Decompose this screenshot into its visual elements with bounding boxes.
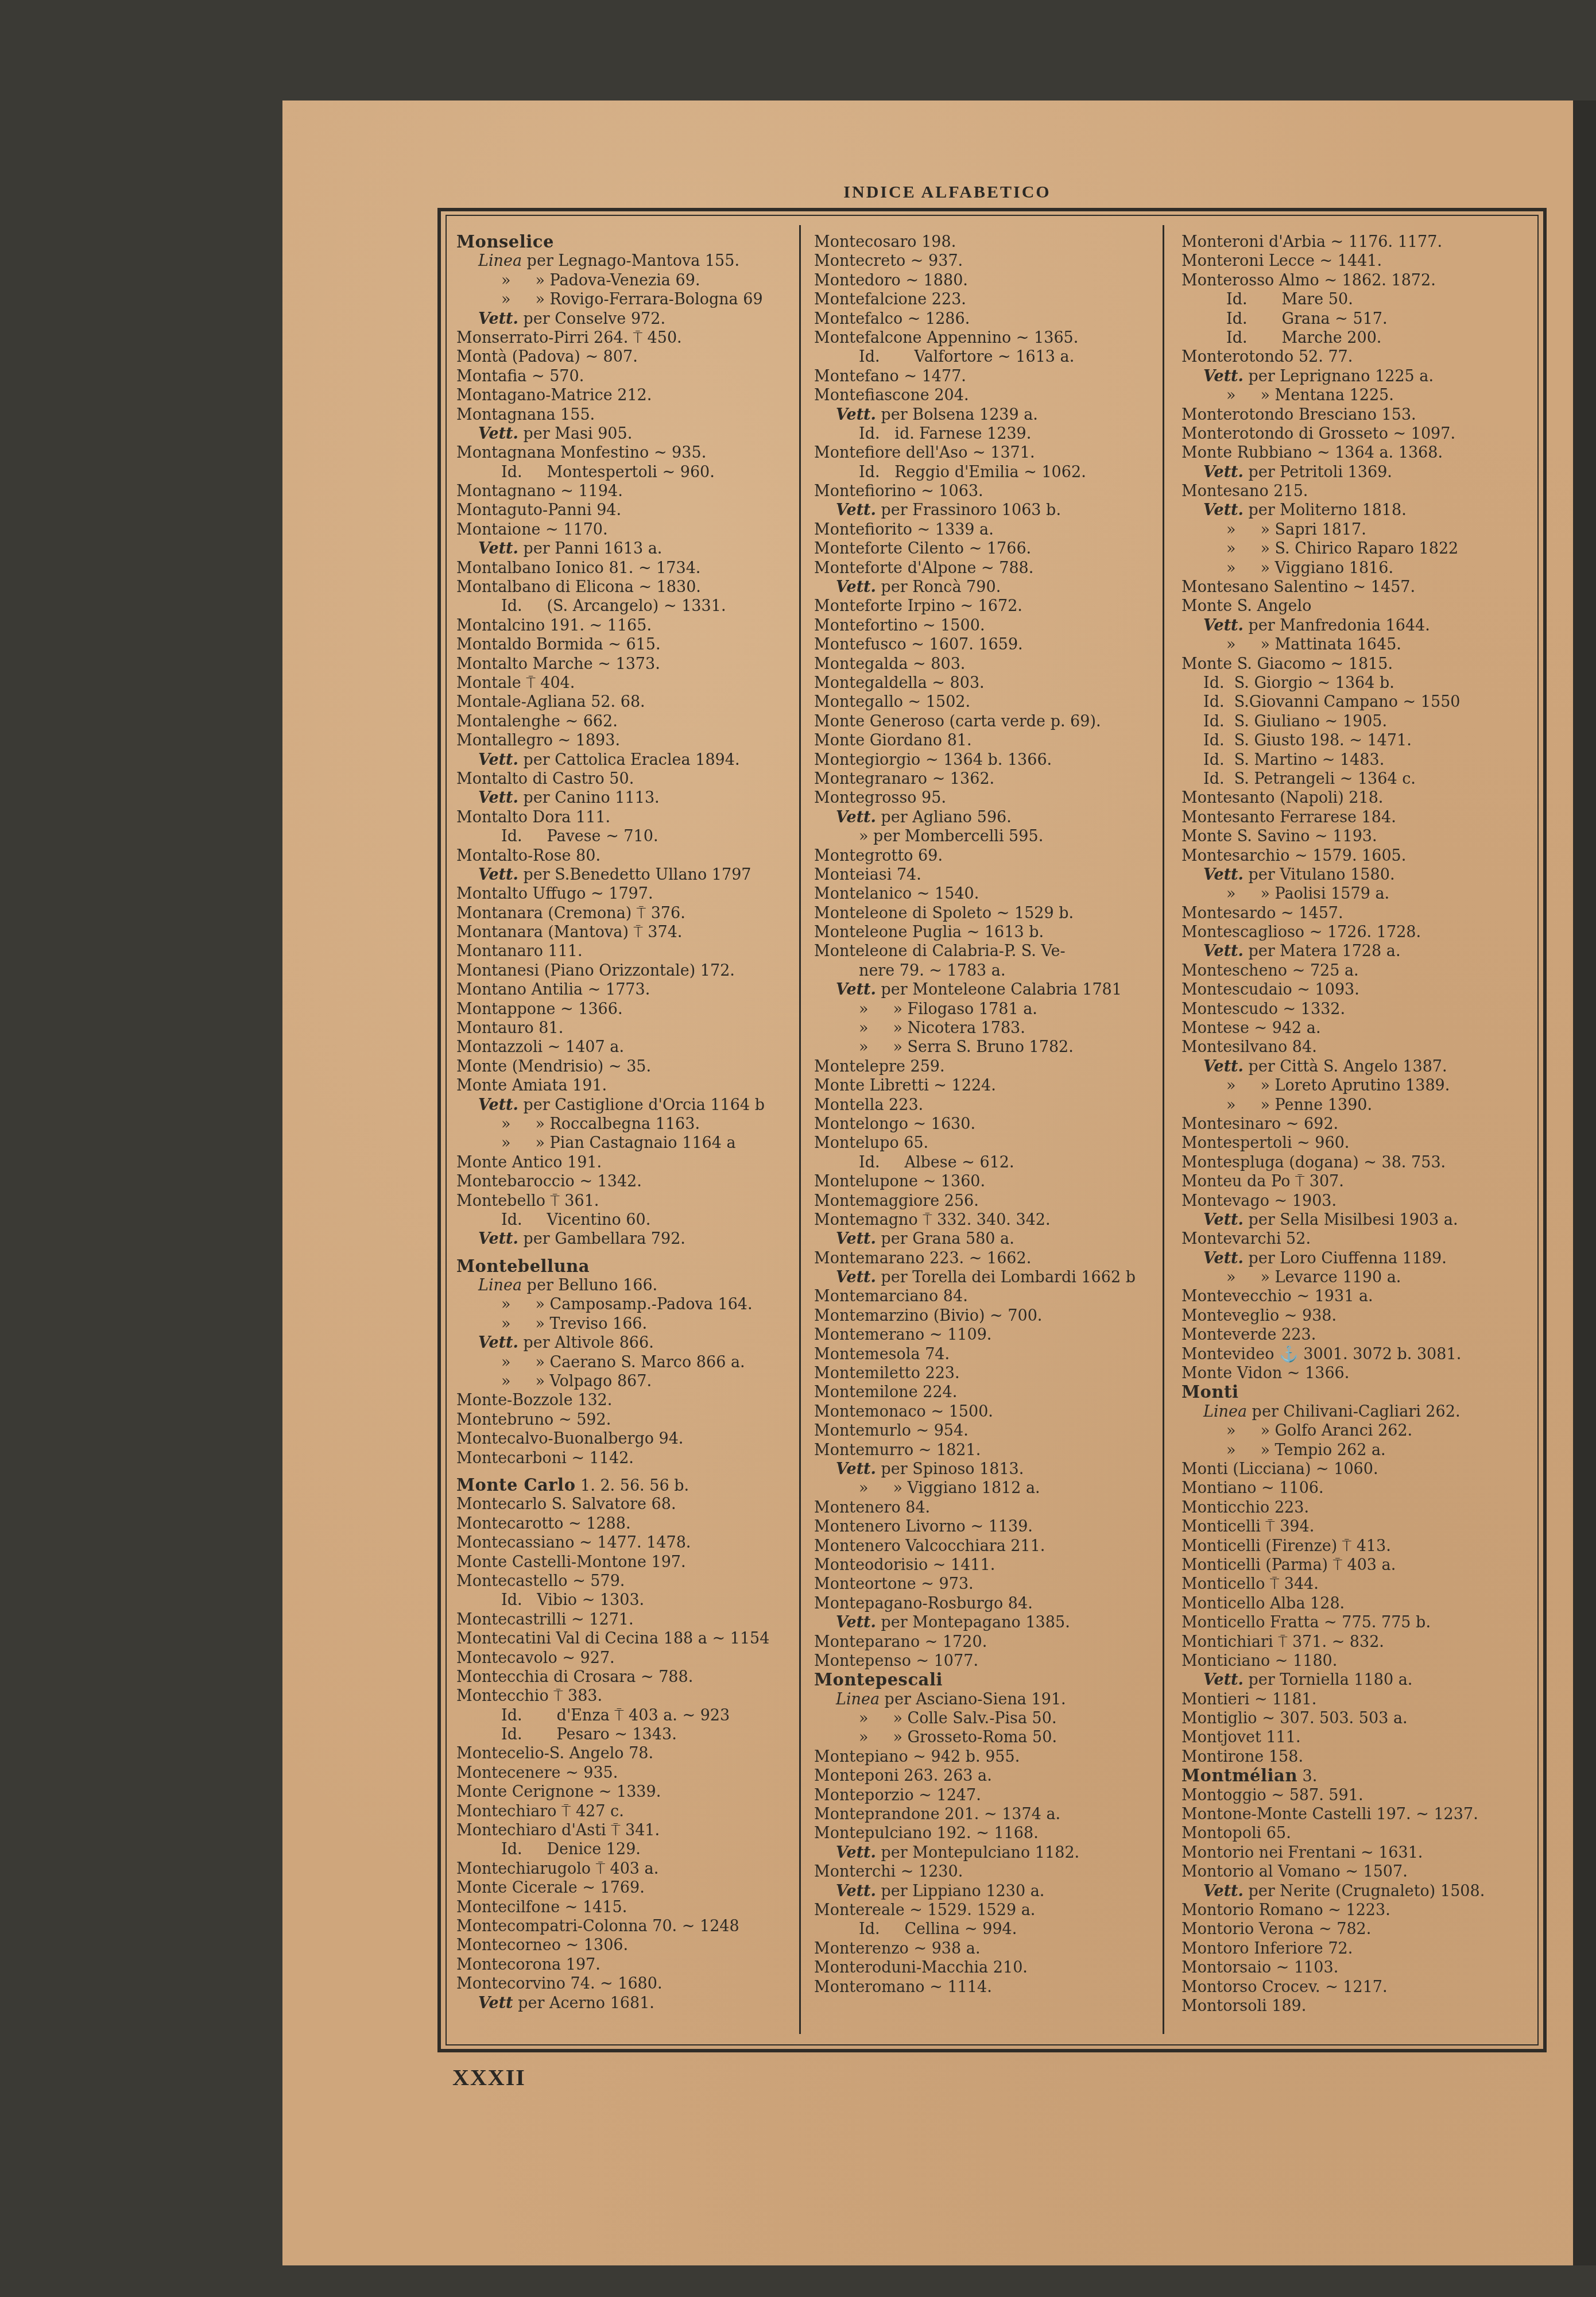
index-line-ditto: » » Nicotera 1783. — [814, 1019, 1159, 1038]
index-entry: Monte Vidon ~ 1366. — [1181, 1364, 1537, 1383]
index-line-linea: Linea per Chilivani-Cagliari 262. — [1181, 1402, 1537, 1421]
index-entry: Montecarlo S. Salvatore 68. — [456, 1495, 795, 1514]
index-line-vettura: Vett. per Lippiano 1230 a. — [814, 1882, 1159, 1901]
linea-text: per Legnago-Mantova 155. — [522, 252, 739, 270]
index-line-idem: Id. S. Giorgio ~ 1364 b. — [1181, 674, 1537, 693]
index-entry: Montorsaio ~ 1103. — [1181, 1958, 1537, 1977]
vettura-label: Vett. — [1203, 617, 1244, 635]
index-entry: Montalto Marche ~ 1373. — [456, 655, 795, 674]
index-entry: Montefiascone 204. — [814, 386, 1159, 405]
index-line-idem: Id. d'Enza ⍑ 403 a. ~ 923 — [456, 1706, 795, 1725]
index-entry: Montescheno ~ 725 a. — [1181, 961, 1537, 980]
vettura-label: Vett. — [836, 981, 876, 999]
vettura-text: per Leprignano 1225 a. — [1244, 368, 1434, 385]
index-entry: Montiano ~ 1106. — [1181, 1479, 1537, 1498]
index-line-linea: Linea per Belluno 166. — [456, 1276, 795, 1295]
index-line-vettura: Vett. per Grana 580 a. — [814, 1229, 1159, 1248]
vettura-text: per Montepagano 1385. — [876, 1614, 1070, 1631]
index-line-ditto: » » Viggiano 1812 a. — [814, 1479, 1159, 1498]
index-entry: Montemilone 224. — [814, 1383, 1159, 1402]
index-line-vettura: Vett. per S.Benedetto Ullano 1797 — [456, 865, 795, 884]
vettura-label: Vett. — [1203, 942, 1244, 960]
index-line-idem: Id. Vibio ~ 1303. — [456, 1591, 795, 1610]
index-entry: Montopoli 65. — [1181, 1824, 1537, 1843]
index-entry: Montemarciano 84. — [814, 1287, 1159, 1306]
index-entry: Montenero Valcocchiara 211. — [814, 1537, 1159, 1556]
index-entry: Montorio Verona ~ 782. — [1181, 1920, 1537, 1939]
index-entry: Montescudaio ~ 1093. — [1181, 980, 1537, 999]
index-entry: Montaldo Bormida ~ 615. — [456, 635, 795, 654]
vettura-label: Vett. — [1203, 463, 1244, 481]
index-line-vettura: Vett. per Montepulciano 1182. — [814, 1843, 1159, 1862]
index-entry: Monteortone ~ 973. — [814, 1575, 1159, 1594]
index-line-vettura: Vett. per Roncà 790. — [814, 578, 1159, 597]
index-entry: Montesanto Ferrarese 184. — [1181, 808, 1537, 827]
vettura-label: Vett. — [1203, 1250, 1244, 1267]
index-entry: Monticello Alba 128. — [1181, 1594, 1537, 1613]
linea-text: per Chilivani-Cagliari 262. — [1247, 1403, 1460, 1421]
index-entry: Montella 223. — [814, 1096, 1159, 1115]
vettura-label: Vett. — [1203, 1058, 1244, 1076]
index-entry: Monteroni d'Arbia ~ 1176. 1177. — [1181, 233, 1537, 252]
index-line-idem: Id. (S. Arcangelo) ~ 1331. — [456, 597, 795, 616]
index-entry: Montecorona 197. — [456, 1955, 795, 1974]
index-heading: Monti — [1181, 1383, 1537, 1402]
index-line-vettura: Vett. per Montepagano 1385. — [814, 1613, 1159, 1632]
vettura-label: Vett. — [1203, 501, 1244, 519]
index-column-2: Montecosaro 198.Montecreto ~ 937.Montedo… — [814, 233, 1159, 1997]
index-line-idem: Id. S.Giovanni Campano ~ 1550 — [1181, 693, 1537, 711]
index-entry: Monteu da Po ⍑ 307. — [1181, 1172, 1537, 1191]
index-entry: Montagnana Monfestino ~ 935. — [456, 443, 795, 462]
index-entry: Monteroduni-Macchia 210. — [814, 1958, 1159, 1977]
index-entry: Montecchia di Crosara ~ 788. — [456, 1668, 795, 1687]
index-line-ditto: » » Colle Salv.-Pisa 50. — [814, 1709, 1159, 1728]
index-line-idem: Id. S. Giuliano ~ 1905. — [1181, 712, 1537, 731]
index-entry: Monticello ⍑ 344. — [1181, 1575, 1537, 1594]
index-entry: Montone-Monte Castelli 197. ~ 1237. — [1181, 1805, 1537, 1824]
index-entry: Montemonaco ~ 1500. — [814, 1402, 1159, 1421]
vettura-label: Vett. — [836, 1269, 876, 1286]
index-line-vettura: Vett. per Cattolica Eraclea 1894. — [456, 751, 795, 769]
index-entry: Montesano Salentino ~ 1457. — [1181, 578, 1537, 597]
index-line-linea: Linea per Legnago-Mantova 155. — [456, 252, 795, 270]
index-entry: Monte-Bozzole 132. — [456, 1391, 795, 1410]
vettura-label: Vett. — [1203, 1671, 1244, 1689]
index-line-idem: Id. Valfortore ~ 1613 a. — [814, 347, 1159, 366]
index-entry: Monserrato-Pirri 264. ⍑ 450. — [456, 328, 795, 347]
vettura-text: per Città S. Angelo 1387. — [1244, 1058, 1447, 1076]
index-entry: Montechiaro d'Asti ⍑ 341. — [456, 1821, 795, 1840]
index-entry: Monticelli ⍑ 394. — [1181, 1517, 1537, 1536]
linea-text: per Asciano-Siena 191. — [880, 1691, 1066, 1708]
index-entry: Monteroni Lecce ~ 1441. — [1181, 252, 1537, 270]
index-entry: Monteiasi 74. — [814, 865, 1159, 884]
index-line-ditto: » per Mombercelli 595. — [814, 827, 1159, 846]
index-line-ditto: » » Camposamp.-Padova 164. — [456, 1295, 795, 1314]
index-entry: Montecreto ~ 937. — [814, 252, 1159, 270]
index-line-ditto: » » Mentana 1225. — [1181, 386, 1537, 405]
section-gap — [456, 1468, 795, 1476]
index-entry: Montelongo ~ 1630. — [814, 1115, 1159, 1134]
index-entry: Monticelli (Firenze) ⍑ 413. — [1181, 1537, 1537, 1556]
index-entry: Montaione ~ 1170. — [456, 520, 795, 539]
index-line-idem: Id. Reggio d'Emilia ~ 1062. — [814, 463, 1159, 482]
index-entry: Montese ~ 942 a. — [1181, 1019, 1537, 1038]
index-line-ditto: » » Treviso 166. — [456, 1314, 795, 1333]
vettura-label: Vett. — [836, 578, 876, 596]
index-entry: Montesinaro ~ 692. — [1181, 1115, 1537, 1134]
vettura-text: per Conselve 972. — [518, 310, 665, 328]
index-line-vettura: Vett. per Spinoso 1813. — [814, 1460, 1159, 1479]
index-entry: Monticelli (Parma) ⍑ 403 a. — [1181, 1556, 1537, 1575]
index-line-vettura: Vett. per Petritoli 1369. — [1181, 463, 1537, 482]
index-entry: Montirone 158. — [1181, 1747, 1537, 1766]
vettura-label: Vett. — [478, 1334, 518, 1352]
vettura-text: per Vitulano 1580. — [1244, 866, 1395, 884]
index-entry: Montecorvino 74. ~ 1680. — [456, 1974, 795, 1993]
index-entry: Monti (Licciana) ~ 1060. — [1181, 1460, 1537, 1479]
index-entry: Montemurro ~ 1821. — [814, 1441, 1159, 1460]
index-entry: Monteparano ~ 1720. — [814, 1633, 1159, 1652]
vettura-label: Vett. — [1203, 866, 1244, 884]
index-entry: Monterotondo Bresciano 153. — [1181, 405, 1537, 424]
vettura-text: per Lippiano 1230 a. — [876, 1882, 1044, 1900]
index-line-ditto: » » Grosseto-Roma 50. — [814, 1728, 1159, 1747]
index-entry: Monterotondo di Grosseto ~ 1097. — [1181, 424, 1537, 443]
index-entry: Montagnana 155. — [456, 405, 795, 424]
index-line-ditto: » » Paolisi 1579 a. — [1181, 884, 1537, 903]
index-entry: Montefusco ~ 1607. 1659. — [814, 635, 1159, 654]
index-line-idem: Id. Mare 50. — [1181, 290, 1537, 309]
index-entry: Montesarchio ~ 1579. 1605. — [1181, 846, 1537, 865]
index-entry: Monte Libretti ~ 1224. — [814, 1076, 1159, 1095]
index-entry: Montepulciano 192. ~ 1168. — [814, 1824, 1159, 1843]
index-heading-refs: 3. — [1297, 1768, 1317, 1785]
index-entry: Montanara (Cremona) ⍑ 376. — [456, 904, 795, 923]
index-entry: Montagnano ~ 1194. — [456, 482, 795, 501]
index-entry: Montefiorino ~ 1063. — [814, 482, 1159, 501]
index-entry: Montepenso ~ 1077. — [814, 1652, 1159, 1670]
vettura-label: Vett. — [836, 1614, 876, 1631]
index-entry: Montemerano ~ 1109. — [814, 1325, 1159, 1344]
vettura-text: per Acerno 1681. — [513, 1994, 654, 2012]
vettura-text: per Loro Ciuffenna 1189. — [1244, 1250, 1447, 1267]
index-entry: Monteporzio ~ 1247. — [814, 1786, 1159, 1805]
index-entry: Montemarano 223. ~ 1662. — [814, 1249, 1159, 1268]
index-entry: Monteromano ~ 1114. — [814, 1978, 1159, 1997]
index-entry: Montalto Uffugo ~ 1797. — [456, 884, 795, 903]
index-entry: Montalbano di Elicona ~ 1830. — [456, 578, 795, 597]
index-entry: Monte Cicerale ~ 1769. — [456, 1878, 795, 1897]
linea-label: Linea — [478, 252, 522, 270]
index-line-idem: Id. Vicentino 60. — [456, 1211, 795, 1229]
index-entry: Monte Giordano 81. — [814, 731, 1159, 750]
index-entry: Montorsoli 189. — [1181, 1997, 1537, 2016]
index-entry: Monte S. Savino ~ 1193. — [1181, 827, 1537, 846]
vettura-label: Vett. — [836, 406, 876, 424]
index-entry: Montalbano Ionico 81. ~ 1734. — [456, 559, 795, 578]
index-heading: Monte Carlo 1. 2. 56. 56 b. — [456, 1476, 795, 1495]
index-entry: Montorio al Vomano ~ 1507. — [1181, 1862, 1537, 1881]
linea-label: Linea — [1203, 1403, 1247, 1421]
index-column-1: MonseliceLinea per Legnago-Mantova 155.»… — [456, 233, 795, 2013]
index-entry: Montesano 215. — [1181, 482, 1537, 501]
index-entry: Montefiorito ~ 1339 a. — [814, 520, 1159, 539]
index-entry: Montecarboni ~ 1142. — [456, 1449, 795, 1468]
index-line-ditto: » » Sapri 1817. — [1181, 520, 1537, 539]
index-line-vettura: Vett. per Agliano 596. — [814, 808, 1159, 827]
index-entry: Monteverde 223. — [1181, 1325, 1537, 1344]
index-line-vettura: Vett. per Panni 1613 a. — [456, 539, 795, 558]
index-entry: Montecelio-S. Angelo 78. — [456, 1744, 795, 1763]
index-entry: Montevago ~ 1903. — [1181, 1192, 1537, 1211]
index-heading: Monselice — [456, 233, 795, 252]
vettura-text: per Panni 1613 a. — [518, 540, 662, 558]
index-line-idem: Id. Pavese ~ 710. — [456, 827, 795, 846]
vettura-text: per Castiglione d'Orcia 1164 b — [518, 1096, 765, 1114]
index-entry: Montalenghe ~ 662. — [456, 712, 795, 731]
vettura-text: per Spinoso 1813. — [876, 1460, 1024, 1478]
index-entry: Montegranaro ~ 1362. — [814, 769, 1159, 788]
index-line-idem: Id. S. Petrangeli ~ 1364 c. — [1181, 769, 1537, 788]
linea-label: Linea — [478, 1277, 522, 1294]
vettura-text: per Nerite (Crugnaleto) 1508. — [1244, 1882, 1485, 1900]
vettura-label: Vett. — [1203, 368, 1244, 385]
vettura-label: Vett. — [836, 1230, 876, 1248]
index-line-idem: Id. S. Giusto 198. ~ 1471. — [1181, 731, 1537, 750]
index-entry: Montefortino ~ 1500. — [814, 616, 1159, 635]
vettura-text: per Gambellara 792. — [518, 1230, 685, 1248]
index-entry: Montiglio ~ 307. 503. 503 a. — [1181, 1709, 1537, 1728]
vettura-text: per Matera 1728 a. — [1244, 942, 1400, 960]
index-entry: Monteleone di Calabria-P. S. Ve- — [814, 942, 1159, 961]
index-entry: Montevarchi 52. — [1181, 1229, 1537, 1248]
index-entry: Montale ⍑ 404. — [456, 674, 795, 693]
index-entry: Montemaggiore 256. — [814, 1192, 1159, 1211]
index-line-idem: nere 79. ~ 1783 a. — [814, 961, 1159, 980]
vettura-text: per Canino 1113. — [518, 789, 660, 807]
index-entry: Montorso Crocev. ~ 1217. — [1181, 1978, 1537, 1997]
vettura-text: per Petritoli 1369. — [1244, 463, 1392, 481]
index-line-vettura: Vett per Acerno 1681. — [456, 1994, 795, 2013]
index-entry: Montecosaro 198. — [814, 233, 1159, 252]
index-line-vettura: Vett. per Nerite (Crugnaleto) 1508. — [1181, 1882, 1537, 1901]
index-entry: Montespertoli ~ 960. — [1181, 1134, 1537, 1153]
index-entry: Monte S. Angelo — [1181, 597, 1537, 616]
index-entry: Montecalvo-Buonalbergo 94. — [456, 1429, 795, 1448]
vettura-text: per Moliterno 1818. — [1244, 501, 1407, 519]
index-line-idem: Id. Pesaro ~ 1343. — [456, 1725, 795, 1744]
index-line-ditto: » » Padova-Venezia 69. — [456, 271, 795, 290]
index-entry: Montagano-Matrice 212. — [456, 386, 795, 405]
index-heading: Montebelluna — [456, 1257, 795, 1276]
column-rule-2 — [1163, 225, 1164, 2034]
index-entry: Montale-Agliana 52. 68. — [456, 693, 795, 711]
index-entry: Montefalco ~ 1286. — [814, 310, 1159, 328]
index-entry: Montieri ~ 1181. — [1181, 1690, 1537, 1709]
index-line-ditto: » » Loreto Aprutino 1389. — [1181, 1076, 1537, 1095]
index-heading-refs: 1. 2. 56. 56 b. — [575, 1477, 689, 1495]
vettura-label: Vett. — [836, 1882, 876, 1900]
index-line-idem: Id. S. Martino ~ 1483. — [1181, 751, 1537, 769]
index-entry: Monticiano ~ 1180. — [1181, 1652, 1537, 1670]
index-entry: Monteleone Puglia ~ 1613 b. — [814, 923, 1159, 942]
index-entry: Montebaroccio ~ 1342. — [456, 1172, 795, 1191]
index-heading-term: Montmélian — [1181, 1766, 1297, 1785]
index-entry: Monte Rubbiano ~ 1364 a. 1368. — [1181, 443, 1537, 462]
section-gap — [456, 1249, 795, 1257]
index-entry: Montelepre 259. — [814, 1057, 1159, 1076]
index-line-ditto: » » Volpago 867. — [456, 1372, 795, 1391]
index-line-idem: Id. Albese ~ 612. — [814, 1153, 1159, 1172]
vettura-text: per S.Benedetto Ullano 1797 — [518, 866, 751, 884]
index-line-ditto: » » Serra S. Bruno 1782. — [814, 1038, 1159, 1057]
vettura-label: Vett. — [478, 1096, 518, 1114]
index-entry: Montepiano ~ 942 b. 955. — [814, 1747, 1159, 1766]
vettura-label: Vett. — [1203, 1882, 1244, 1900]
index-entry: Montanara (Mantova) ⍑ 374. — [456, 923, 795, 942]
index-heading-term: Monte Carlo — [456, 1475, 575, 1495]
index-line-idem: Id. Grana ~ 517. — [1181, 310, 1537, 328]
vettura-label: Vett. — [836, 1460, 876, 1478]
index-line-vettura: Vett. per Città S. Angelo 1387. — [1181, 1057, 1537, 1076]
index-line-vettura: Vett. per Monteleone Calabria 1781 — [814, 980, 1159, 999]
index-entry: Montecavolo ~ 927. — [456, 1649, 795, 1668]
index-entry: Montebello ⍑ 361. — [456, 1192, 795, 1211]
vettura-label: Vett. — [478, 1230, 518, 1248]
index-entry: Monte Antico 191. — [456, 1153, 795, 1172]
index-entry: Montemiletto 223. — [814, 1364, 1159, 1383]
index-entry: Montecchio ⍑ 383. — [456, 1687, 795, 1706]
index-entry: Montemurlo ~ 954. — [814, 1421, 1159, 1440]
vettura-label: Vett. — [1203, 1211, 1244, 1229]
vettura-text: per Montepulciano 1182. — [876, 1844, 1079, 1862]
index-entry: Montalto-Rose 80. — [456, 846, 795, 865]
index-entry: Montechiaro ⍑ 427 c. — [456, 1802, 795, 1821]
index-entry: Montefalcione 223. — [814, 290, 1159, 309]
vettura-label: Vett. — [478, 540, 518, 558]
index-line-idem: Id. Marche 200. — [1181, 328, 1537, 347]
index-line-vettura: Vett. per Gambellara 792. — [456, 1229, 795, 1248]
index-entry: Montelupo 65. — [814, 1134, 1159, 1153]
index-entry: Montazzoli ~ 1407 a. — [456, 1038, 795, 1057]
index-entry: Monte S. Giacomo ~ 1815. — [1181, 655, 1537, 674]
index-line-vettura: Vett. per Vitulano 1580. — [1181, 865, 1537, 884]
column-rule-1 — [799, 225, 801, 2034]
index-line-vettura: Vett. per Torella dei Lombardi 1662 b — [814, 1268, 1159, 1287]
index-line-ditto: » » Penne 1390. — [1181, 1096, 1537, 1115]
index-entry: Montegaldella ~ 803. — [814, 674, 1159, 693]
index-line-ditto: » » Caerano S. Marco 866 a. — [456, 1353, 795, 1372]
index-entry: Montoggio ~ 587. 591. — [1181, 1786, 1537, 1805]
linea-text: per Belluno 166. — [522, 1277, 657, 1294]
index-entry: Montechiarugolo ⍑ 403 a. — [456, 1859, 795, 1878]
linea-label: Linea — [836, 1691, 880, 1708]
index-line-idem: Id. id. Farnese 1239. — [814, 424, 1159, 443]
index-entry: Monte Generoso (carta verde p. 69). — [814, 712, 1159, 731]
index-line-ditto: » » S. Chirico Raparo 1822 — [1181, 539, 1537, 558]
index-line-vettura: Vett. per Moliterno 1818. — [1181, 501, 1537, 520]
index-line-ditto: » » Levarce 1190 a. — [1181, 1268, 1537, 1287]
running-head: INDICE ALFABETICO — [689, 183, 1206, 202]
index-entry: Montecastello ~ 579. — [456, 1572, 795, 1591]
vettura-label: Vett. — [478, 310, 518, 328]
index-entry: Montanaro 111. — [456, 942, 795, 961]
index-entry: Monte Amiata 191. — [456, 1076, 795, 1095]
index-line-ditto: » » Mattinata 1645. — [1181, 635, 1537, 654]
vettura-text: per Agliano 596. — [876, 809, 1012, 826]
vettura-text: per Roncà 790. — [876, 578, 1001, 596]
index-line-ditto: » » Golfo Aranci 262. — [1181, 1421, 1537, 1440]
index-entry: Monterchi ~ 1230. — [814, 1862, 1159, 1881]
index-line-vettura: Vett. per Sella Misilbesi 1903 a. — [1181, 1211, 1537, 1229]
index-entry: Montepagano-Rosburgo 84. — [814, 1594, 1159, 1613]
index-entry: Montappone ~ 1366. — [456, 1000, 795, 1019]
index-entry: Monteforte d'Alpone ~ 788. — [814, 559, 1159, 578]
index-line-vettura: Vett. per Frassinoro 1063 b. — [814, 501, 1159, 520]
index-entry: Monterotondo 52. 77. — [1181, 347, 1537, 366]
index-entry: Montecompatri-Colonna 70. ~ 1248 — [456, 1917, 795, 1936]
index-entry: Montauro 81. — [456, 1019, 795, 1038]
index-entry: Montelanico ~ 1540. — [814, 884, 1159, 903]
index-entry: Monte Cerignone ~ 1339. — [456, 1782, 795, 1801]
index-entry: Monte Castelli-Montone 197. — [456, 1553, 795, 1572]
index-entry: Montjovet 111. — [1181, 1728, 1537, 1747]
index-entry: Monteveglio ~ 938. — [1181, 1306, 1537, 1325]
index-line-ditto: » » Tempio 262 a. — [1181, 1441, 1537, 1460]
index-line-ditto: » » Rovigo-Ferrara-Bologna 69 — [456, 290, 795, 309]
index-entry: Montegalda ~ 803. — [814, 655, 1159, 674]
index-entry: Montaguto-Panni 94. — [456, 501, 795, 520]
index-entry: Monteodorisio ~ 1411. — [814, 1556, 1159, 1575]
index-line-vettura: Vett. per Loro Ciuffenna 1189. — [1181, 1249, 1537, 1268]
index-line-idem: Id. Denice 129. — [456, 1840, 795, 1859]
index-entry: Montemesola 74. — [814, 1345, 1159, 1364]
page-edge — [1573, 100, 1596, 2265]
index-entry: Monteleone di Spoleto ~ 1529 b. — [814, 904, 1159, 923]
vettura-label: Vett. — [478, 866, 518, 884]
vettura-text: per Sella Misilbesi 1903 a. — [1244, 1211, 1458, 1229]
index-entry: Monte (Mendrisio) ~ 35. — [456, 1057, 795, 1076]
index-entry: Montefalcone Appennino ~ 1365. — [814, 328, 1159, 347]
index-entry: Montecenere ~ 935. — [456, 1764, 795, 1782]
vettura-text: per Monteleone Calabria 1781 — [876, 981, 1122, 999]
index-entry: Monterenzo ~ 938 a. — [814, 1939, 1159, 1958]
index-entry: Monticchio 223. — [1181, 1498, 1537, 1517]
vettura-label: Vett. — [836, 1844, 876, 1862]
index-line-idem: Id. Cellina ~ 994. — [814, 1920, 1159, 1939]
index-entry: Montegiorgio ~ 1364 b. 1366. — [814, 751, 1159, 769]
index-entry: Montenero Livorno ~ 1139. — [814, 1517, 1159, 1536]
index-line-linea: Linea per Asciano-Siena 191. — [814, 1690, 1159, 1709]
index-line-vettura: Vett. per Canino 1113. — [456, 788, 795, 807]
index-heading: Montmélian 3. — [1181, 1766, 1537, 1785]
index-line-vettura: Vett. per Torniella 1180 a. — [1181, 1670, 1537, 1689]
index-entry: Montegrosso 95. — [814, 788, 1159, 807]
index-entry: Montesilvano 84. — [1181, 1038, 1537, 1057]
index-line-vettura: Vett. per Masi 905. — [456, 424, 795, 443]
index-entry: Monterosso Almo ~ 1862. 1872. — [1181, 271, 1537, 290]
index-entry: Montecastrilli ~ 1271. — [456, 1610, 795, 1629]
index-entry: Montorio nei Frentani ~ 1631. — [1181, 1843, 1537, 1862]
index-heading: Montepescali — [814, 1670, 1159, 1689]
index-entry: Montalcino 191. ~ 1165. — [456, 616, 795, 635]
vettura-text: per Torniella 1180 a. — [1244, 1671, 1412, 1689]
vettura-text: per Manfredonia 1644. — [1244, 617, 1430, 635]
vettura-text: per Grana 580 a. — [876, 1230, 1014, 1248]
vettura-text: per Altivole 866. — [518, 1334, 654, 1352]
